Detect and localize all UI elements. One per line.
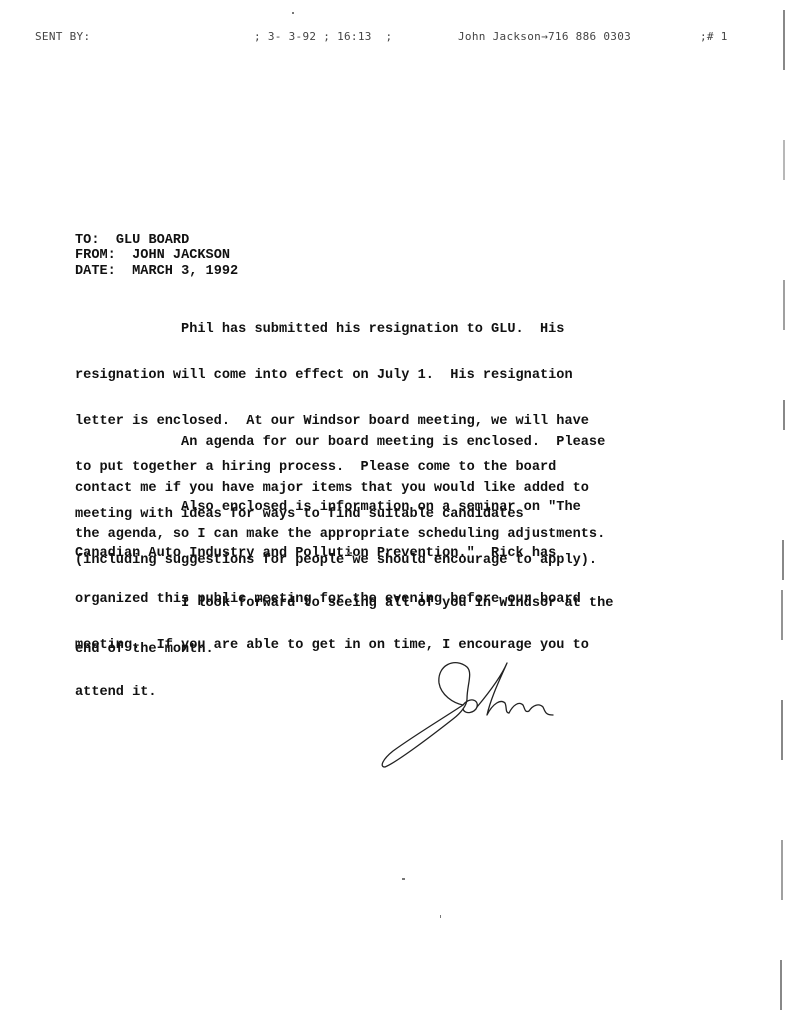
scan-edge-artifact bbox=[781, 590, 783, 640]
date-value: MARCH 3, 1992 bbox=[132, 264, 238, 279]
scan-edge-artifact bbox=[783, 10, 785, 70]
to-value: GLU BOARD bbox=[116, 233, 189, 248]
to-label: TO: bbox=[75, 233, 99, 248]
fax-header: SENT BY: ; 3- 3-92 ; 16:13 ; John Jackso… bbox=[0, 30, 792, 46]
date-label: DATE: bbox=[75, 264, 116, 279]
memo-to-row: TO: GLU BOARD bbox=[75, 233, 238, 248]
scan-speck bbox=[292, 12, 294, 14]
scan-edge-artifact bbox=[780, 960, 782, 1010]
fax-sent-by: SENT BY: bbox=[35, 30, 90, 43]
from-label: FROM: bbox=[75, 248, 116, 263]
text-line: I look forward to seeing all of you in W… bbox=[75, 596, 695, 611]
scan-speck bbox=[347, 552, 352, 554]
scan-speck bbox=[440, 915, 441, 918]
scan-edge-artifact bbox=[783, 280, 785, 330]
scan-edge-artifact bbox=[781, 840, 783, 900]
from-value: JOHN JACKSON bbox=[132, 248, 230, 263]
scan-edge-artifact bbox=[782, 540, 784, 580]
text-line: An agenda for our board meeting is enclo… bbox=[75, 435, 695, 450]
scan-speck bbox=[402, 878, 405, 880]
fax-page-number: ;# 1 bbox=[700, 30, 728, 43]
text-line: Phil has submitted his resignation to GL… bbox=[75, 322, 695, 337]
text-line: Also enclosed is information on a semina… bbox=[75, 500, 695, 515]
fax-date-time: ; 3- 3-92 ; 16:13 ; bbox=[254, 30, 392, 43]
scan-edge-artifact bbox=[781, 700, 783, 760]
scan-edge-artifact bbox=[783, 140, 785, 180]
memo-from-row: FROM: JOHN JACKSON bbox=[75, 248, 238, 263]
handwritten-signature bbox=[375, 655, 595, 775]
memo-header: TO: GLU BOARD FROM: JOHN JACKSON DATE: M… bbox=[75, 233, 238, 279]
text-line: Canadian Auto Industry and Pollution Pre… bbox=[75, 546, 695, 561]
scan-edge-artifact bbox=[783, 400, 785, 430]
fax-sender-line: John Jackson→716 886 0303 bbox=[458, 30, 631, 43]
text-line: resignation will come into effect on Jul… bbox=[75, 368, 695, 383]
memo-date-row: DATE: MARCH 3, 1992 bbox=[75, 264, 238, 279]
